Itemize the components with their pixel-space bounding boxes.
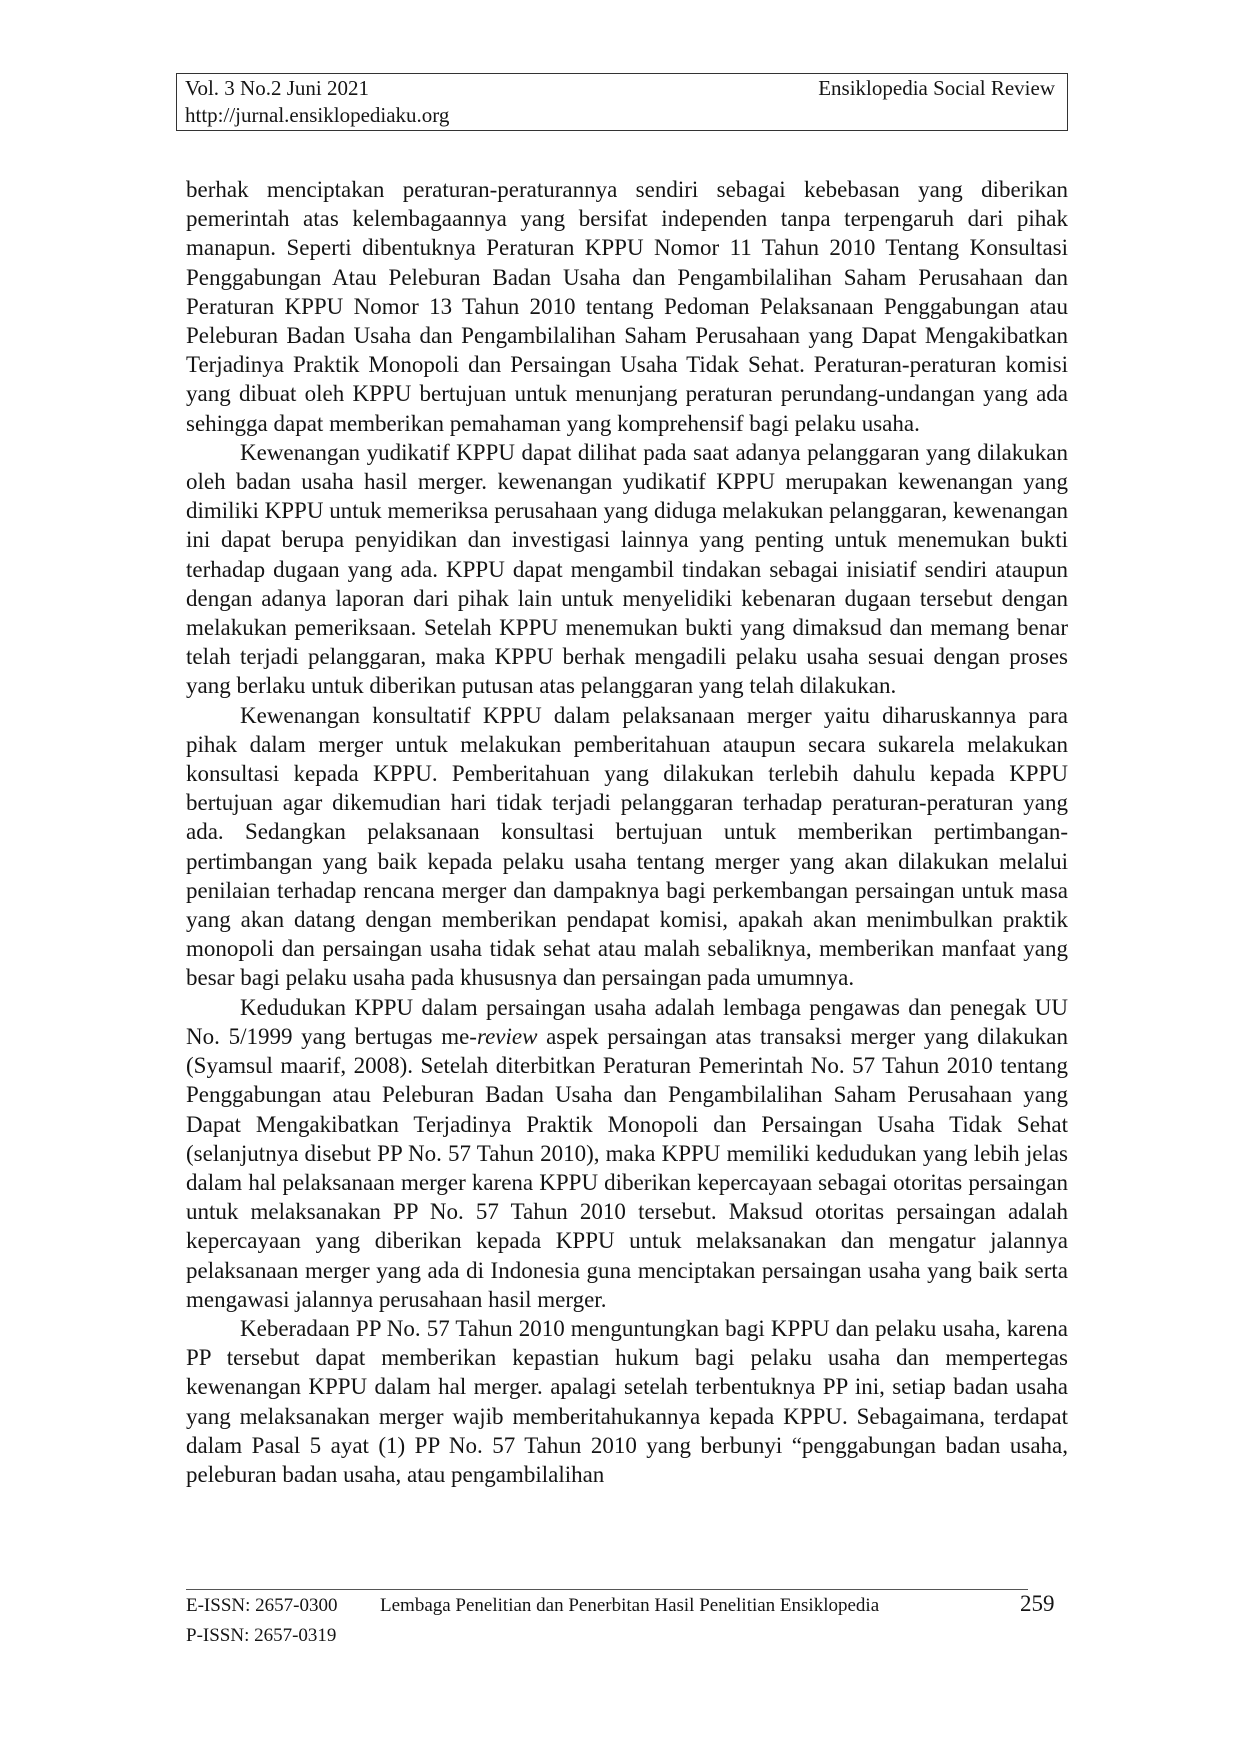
footer-divider bbox=[186, 1589, 1028, 1590]
paragraph-5: Keberadaan PP No. 57 Tahun 2010 menguntu… bbox=[186, 1314, 1068, 1489]
paragraph-3: Kewenangan konsultatif KPPU dalam pelaks… bbox=[186, 701, 1068, 993]
paragraph-2: Kewenangan yudikatif KPPU dapat dilihat … bbox=[186, 438, 1068, 701]
footer-eissn: E-ISSN: 2657-0300 bbox=[186, 1594, 337, 1618]
paragraph-4-rest: aspek persaingan atas transaksi merger y… bbox=[186, 1024, 1068, 1312]
running-header: Vol. 3 No.2 Juni 2021 http://jurnal.ensi… bbox=[176, 73, 1068, 131]
paragraph-4: Kedudukan KPPU dalam persaingan usaha ad… bbox=[186, 993, 1068, 1314]
footer-pissn: P-ISSN: 2657-0319 bbox=[186, 1624, 336, 1648]
header-volume-issue: Vol. 3 No.2 Juni 2021 bbox=[185, 75, 369, 101]
footer-publisher: Lembaga Penelitian dan Penerbitan Hasil … bbox=[380, 1594, 879, 1618]
paragraph-1: berhak menciptakan peraturan-peraturanny… bbox=[186, 175, 1068, 438]
page-number: 259 bbox=[1020, 1592, 1055, 1616]
italic-term-review: review bbox=[477, 1024, 537, 1049]
header-journal-url[interactable]: http://jurnal.ensiklopediaku.org bbox=[185, 102, 449, 128]
header-journal-name: Ensiklopedia Social Review bbox=[818, 75, 1055, 101]
article-body: berhak menciptakan peraturan-peraturanny… bbox=[186, 175, 1068, 1489]
